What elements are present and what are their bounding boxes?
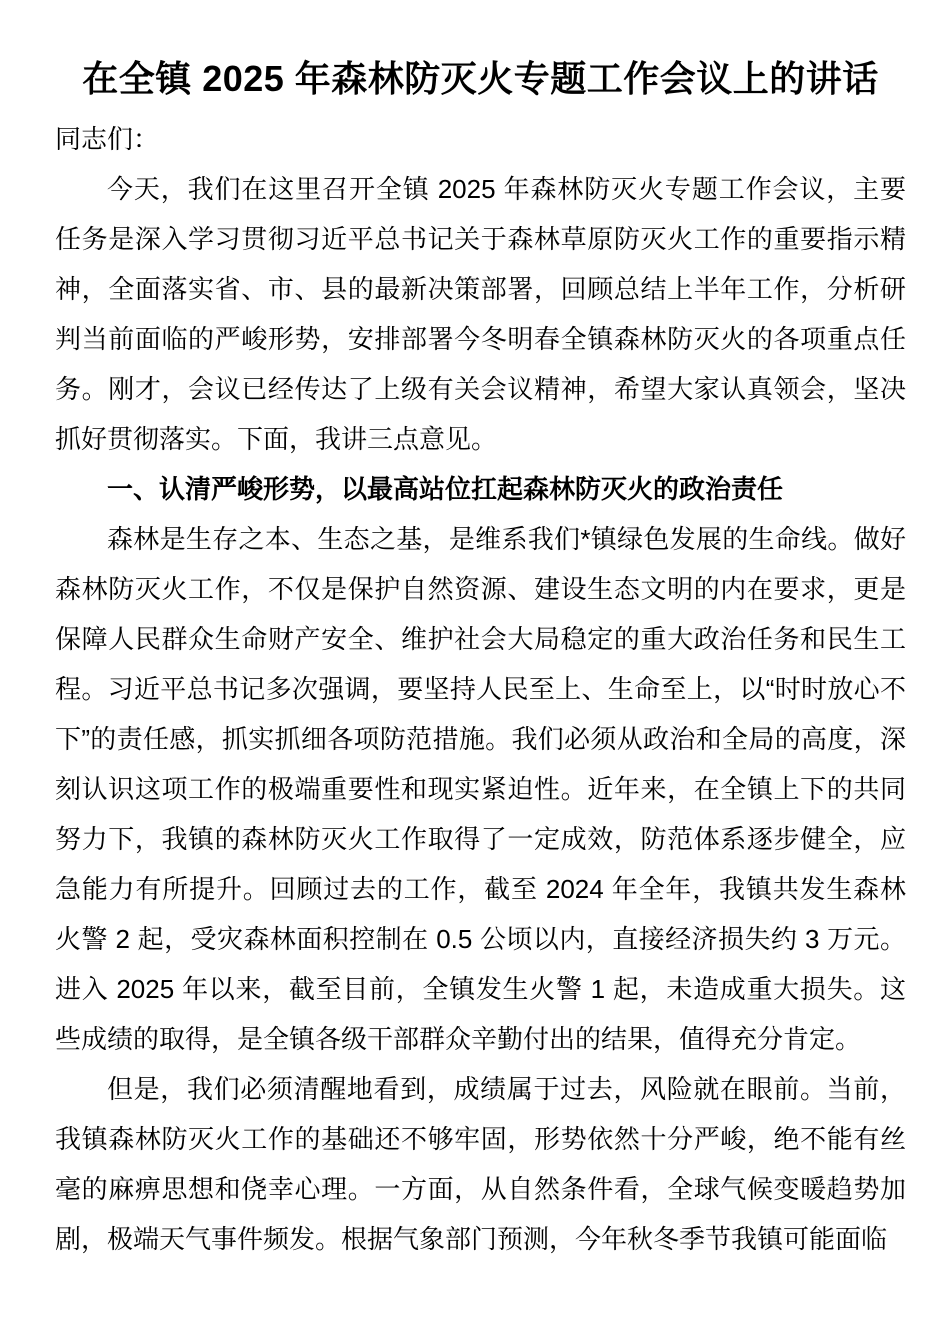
document-page: 在全镇 2025 年森林防灭火专题工作会议上的讲话 同志们： 今天，我们在这里召… <box>0 0 950 1344</box>
salutation: 同志们： <box>55 114 906 164</box>
section-heading: 一、认清严峻形势，以最高站位扛起森林防灭火的政治责任 <box>55 464 906 514</box>
intro-paragraph: 今天，我们在这里召开全镇 2025 年森林防灭火专题工作会议，主要任务是深入学习… <box>55 164 906 464</box>
document-title: 在全镇 2025 年森林防灭火专题工作会议上的讲话 <box>55 52 906 106</box>
document-body: 同志们： 今天，我们在这里召开全镇 2025 年森林防灭火专题工作会议，主要任务… <box>55 114 906 1264</box>
body-paragraph-situation: 森林是生存之本、生态之基，是维系我们*镇绿色发展的生命线。做好森林防灭火工作，不… <box>55 514 906 1064</box>
body-paragraph-risks: 但是，我们必须清醒地看到，成绩属于过去，风险就在眼前。当前，我镇森林防灭火工作的… <box>55 1064 906 1264</box>
